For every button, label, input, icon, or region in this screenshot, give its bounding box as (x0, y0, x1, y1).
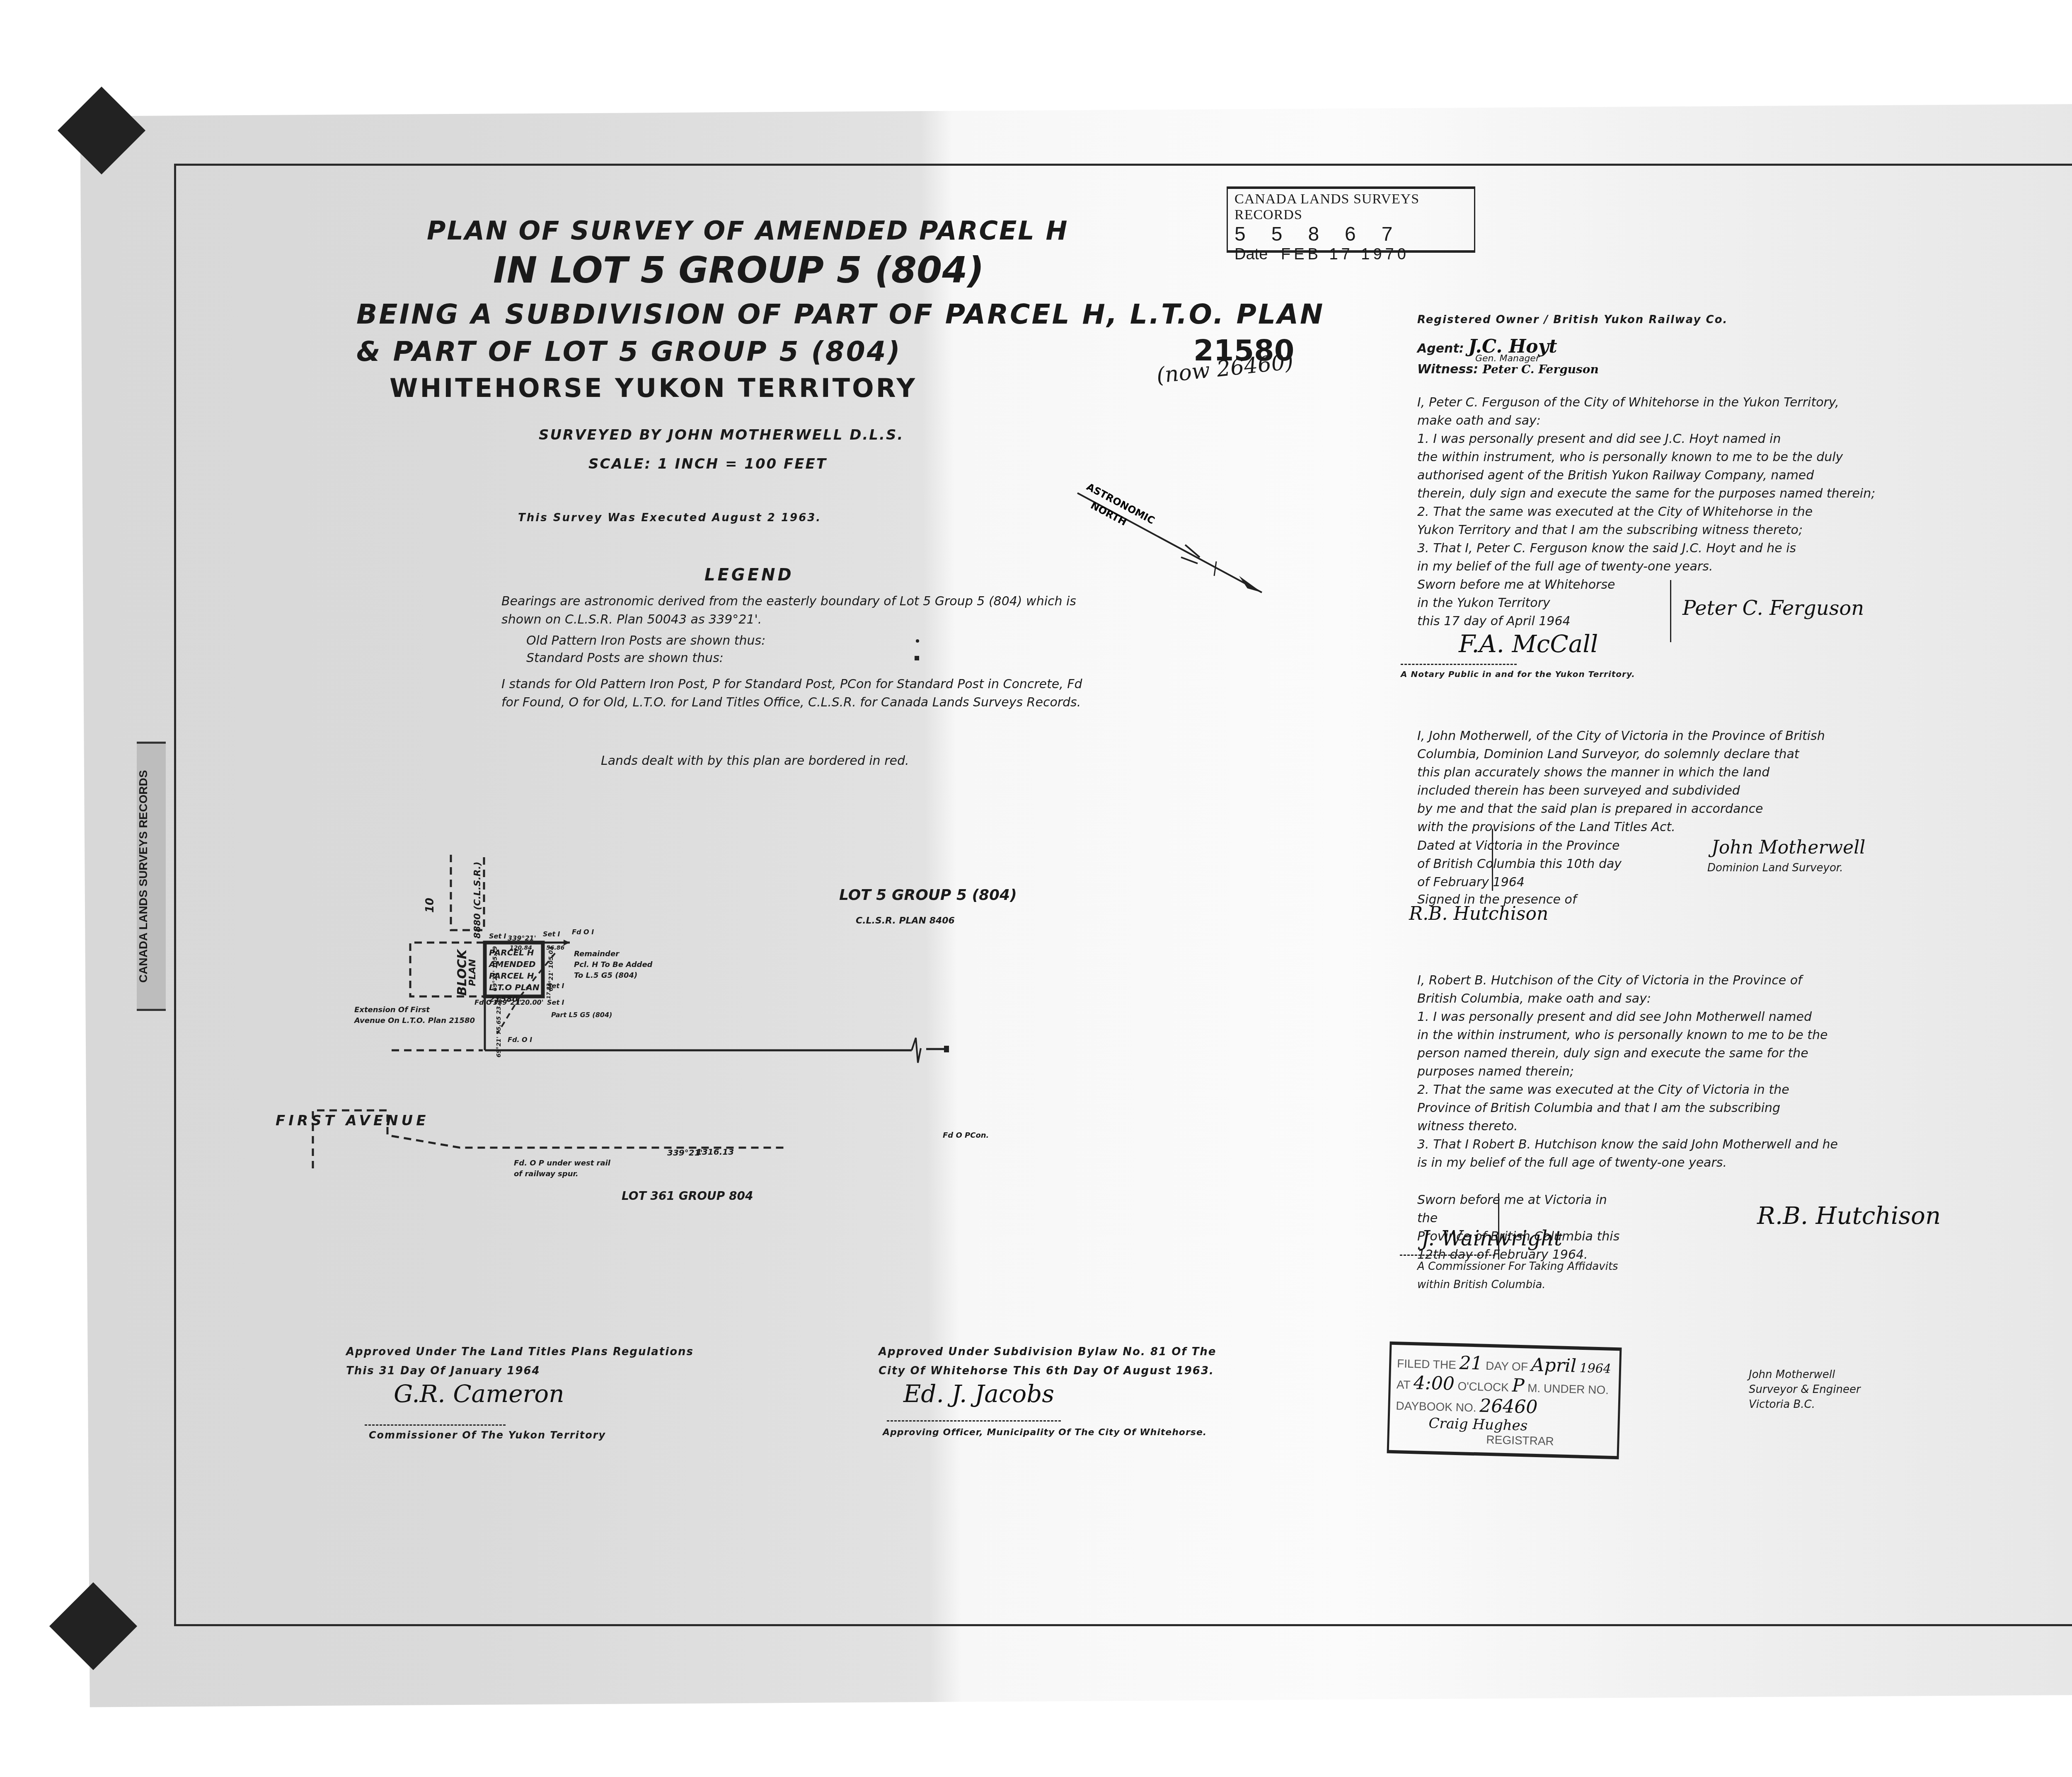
lot-361-label: LOT 361 GROUP 804 (622, 1189, 753, 1203)
bottom-distance: 120.00' (516, 999, 544, 1006)
surveyor-block: John Motherwell Surveyor & Engineer Vict… (1749, 1367, 1861, 1412)
approval-2-signature: Ed. J. Jacobs (903, 1380, 1054, 1408)
top-distance: 120.84 (510, 945, 532, 951)
baseline-end: Fd O PCon. (943, 1131, 989, 1140)
survey-map (0, 0, 2072, 1777)
approval-2-title: Approving Officer, Municipality Of The C… (883, 1427, 1207, 1438)
surveyor-title: Dominion Land Surveyor. (1707, 862, 1843, 874)
affidavit-1-sworn: Sworn before me at Whitehorse in the Yuk… (1417, 576, 1666, 631)
affidavit-2-deponent-signature: R.B. Hutchison (1757, 1202, 1941, 1230)
baseline-distance: 1316.13 (696, 1147, 734, 1157)
commissioner-sig-line (1400, 1255, 1495, 1256)
commissioner-signature: J. Wainwright (1421, 1226, 1562, 1250)
filed-stamp: FILED THE 21 DAY OF April 1964 AT 4:00 O… (1387, 1342, 1622, 1460)
approval-1-title: Commissioner Of The Yukon Territory (369, 1429, 606, 1441)
registrar-label: REGISTRAR (1486, 1433, 1612, 1450)
block-plan-label: PLAN (467, 959, 478, 986)
divider (1492, 829, 1493, 891)
south-dimensions: 69°21' 75.65 23.45 (496, 996, 502, 1058)
surveyor-declaration: I, John Motherwell, of the City of Victo… (1417, 727, 2039, 837)
affidavit-1: I, Peter C. Ferguson of the City of Whit… (1417, 394, 2039, 576)
east-short: 17.83 (546, 983, 552, 999)
registered-owner: Registered Owner / British Yukon Railway… (1417, 311, 2039, 329)
approval-2-sig-line (887, 1420, 1061, 1422)
declaration-dated: Dated at Victoria in the Province of Bri… (1417, 837, 1641, 892)
commissioner-title: A Commissioner For Taking Affidavits wit… (1417, 1257, 1666, 1294)
affidavit-2: I, Robert B. Hutchison of the City of Vi… (1417, 972, 2039, 1172)
notary-title: A Notary Public in and for the Yukon Ter… (1401, 669, 1635, 679)
declaration-witness-signature: R.B. Hutchison (1409, 903, 1548, 924)
lot-5-plan: C.L.S.R. PLAN 8406 (856, 916, 955, 926)
west-dimensions: 69°21' 105.79 (492, 946, 499, 991)
approval-1-signature: G.R. Cameron (394, 1380, 564, 1408)
affidavit-1-deponent-signature: Peter C. Ferguson (1682, 597, 1864, 620)
fd-oi-s: Fd. O I (508, 1036, 532, 1044)
set-i-nw: Set I (489, 932, 506, 940)
witness-row: Witness: Peter C. Ferguson (1417, 360, 2039, 379)
extension-note: Extension Of First Avenue On L.T.O. Plan… (354, 1005, 475, 1026)
approval-1-sig-line (365, 1424, 506, 1426)
approval-1: Approved Under The Land Titles Plans Reg… (346, 1342, 694, 1380)
set-i-se-2: Set I (547, 999, 564, 1006)
remainder-note: Remainder Pcl. H To Be Added To L.5 G5 (… (574, 949, 653, 981)
block-10-plan: 8880 (C.L.S.R.) (472, 862, 483, 939)
railway-note: Fd. O P under west rail of railway spur. (514, 1158, 610, 1180)
notary-signature: F.A. McCall (1459, 630, 1598, 658)
block-10-label: 10 (424, 898, 436, 913)
part-lot-label: Part L5 G5 (804) (551, 1011, 612, 1019)
witness-signature: Peter C. Ferguson (1483, 363, 1599, 376)
notary-sig-line (1401, 664, 1517, 665)
fd-oi-ne: Fd O I (572, 928, 594, 936)
surveyor-signature: John Motherwell (1711, 837, 1865, 858)
lot-5-label: LOT 5 GROUP 5 (804) (839, 887, 1017, 904)
approval-2: Approved Under Subdivision Bylaw No. 81 … (879, 1342, 1216, 1380)
set-i-ne: Set I (543, 930, 560, 938)
divider (1670, 580, 1671, 642)
first-avenue-label: FIRST AVENUE (276, 1112, 429, 1129)
top-bearing: 339°21' (508, 934, 536, 942)
